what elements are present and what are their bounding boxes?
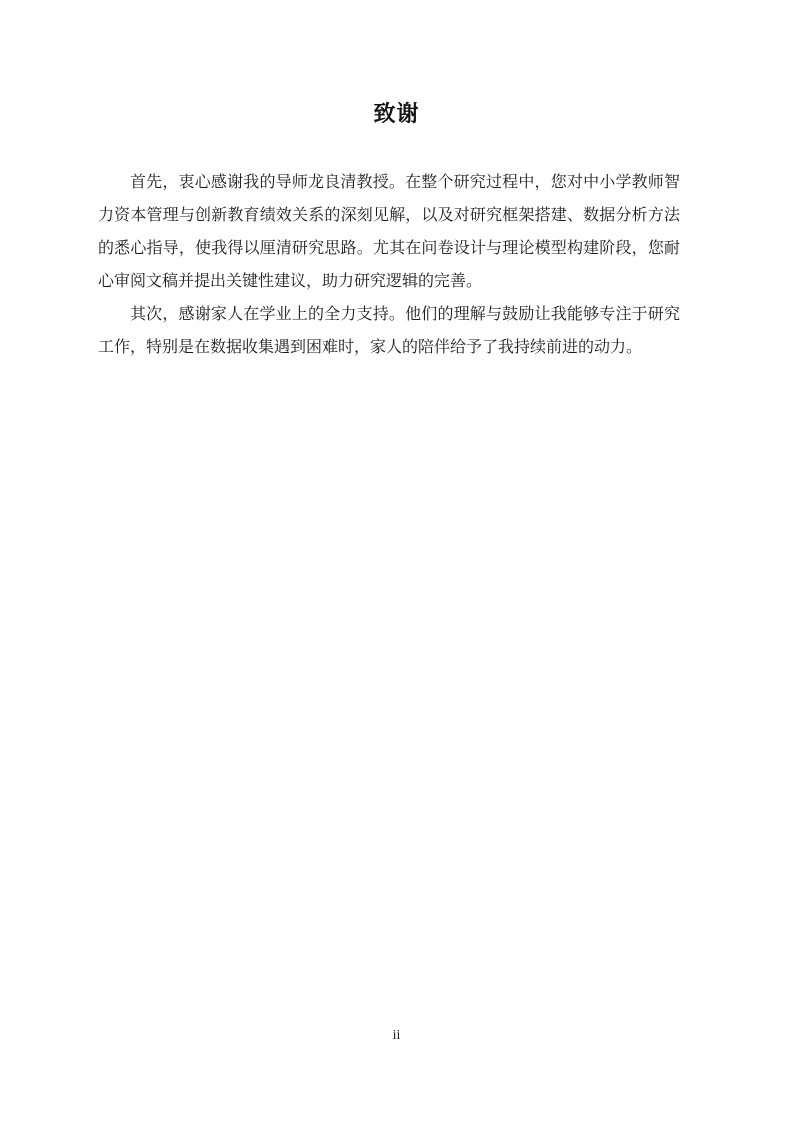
paragraph-family-thanks: 其次，感谢家人在学业上的全力支持。他们的理解与鼓励让我能够专注于研究工作，特别是… [98,298,680,364]
body-text: 首先，衷心感谢我的导师龙良清教授。在整个研究过程中，您对中小学教师智力资本管理与… [98,166,680,364]
page-number: ii [0,1027,793,1045]
document-page: 致谢 首先，衷心感谢我的导师龙良清教授。在整个研究过程中，您对中小学教师智力资本… [0,0,793,1122]
paragraph-advisor-thanks: 首先，衷心感谢我的导师龙良清教授。在整个研究过程中，您对中小学教师智力资本管理与… [98,166,680,298]
page-title: 致谢 [0,97,793,130]
